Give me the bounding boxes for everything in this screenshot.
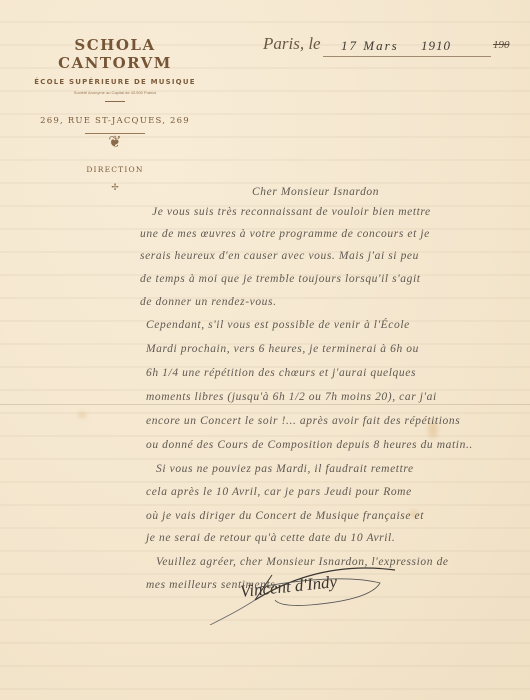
letter-line: de temps à moi que je tremble toujours l… (140, 273, 421, 285)
salutation: Cher Monsieur Isnardon (252, 186, 379, 198)
letter-line: Cependant, s'il vous est possible de ven… (146, 319, 410, 331)
signature: Vincent d'Indy (200, 555, 400, 625)
letter-line: serais heureux d'en causer avec vous. Ma… (140, 250, 419, 262)
letter-line: 6h 1/4 une répétition des chœurs et j'au… (146, 367, 416, 379)
struck-printed-year: 190 (493, 39, 510, 51)
letter-line: Mardi prochain, vers 6 heures, je termin… (146, 343, 419, 355)
letter-line: ou donné des Cours de Composition depuis… (146, 439, 473, 451)
divider (105, 101, 125, 102)
paper-stain (78, 412, 86, 418)
letter-line: Je vous suis très reconnaissant de voulo… (152, 206, 431, 218)
letter-line: où je vais diriger du Concert de Musique… (146, 510, 424, 522)
date-underline (323, 56, 491, 57)
institution-name: SCHOLA CANTORVM (20, 36, 210, 72)
date-year: 1910 (421, 38, 451, 54)
capital-note: Société Anonyme au Capital de 43.500 Fra… (20, 90, 210, 95)
floral-ornament-icon: ❦ (20, 135, 210, 151)
dateline: Paris, le 17 Mars 1910 190 (263, 36, 513, 58)
cross-ornament-icon: ✢ (20, 182, 210, 193)
letter-line: moments libres (jusqu'à 6h 1/2 ou 7h moi… (146, 391, 437, 403)
letter-line: de donner un rendez-vous. (140, 296, 277, 308)
letter-line: une de mes œuvres à votre programme de c… (140, 228, 430, 240)
letter-line: je ne serai de retour qu'à cette date du… (146, 532, 395, 544)
letterhead: SCHOLA CANTORVM ÉCOLE SUPÉRIEURE DE MUSI… (20, 36, 210, 193)
date-place: Paris, le (263, 34, 321, 54)
date-day-month: 17 Mars (341, 38, 399, 54)
department-label: DIRECTION (20, 165, 210, 174)
institution-subtitle: ÉCOLE SUPÉRIEURE DE MUSIQUE (20, 78, 210, 86)
institution-address: 269, RUE ST-JACQUES, 269 (20, 116, 210, 126)
letter-line: cela après le 10 Avril, car je pars Jeud… (146, 486, 412, 498)
paper-fold-line (0, 404, 530, 405)
letter-line: encore un Concert le soir !... après avo… (146, 415, 460, 427)
letter-line: Si vous ne pouviez pas Mardi, il faudrai… (156, 463, 414, 475)
